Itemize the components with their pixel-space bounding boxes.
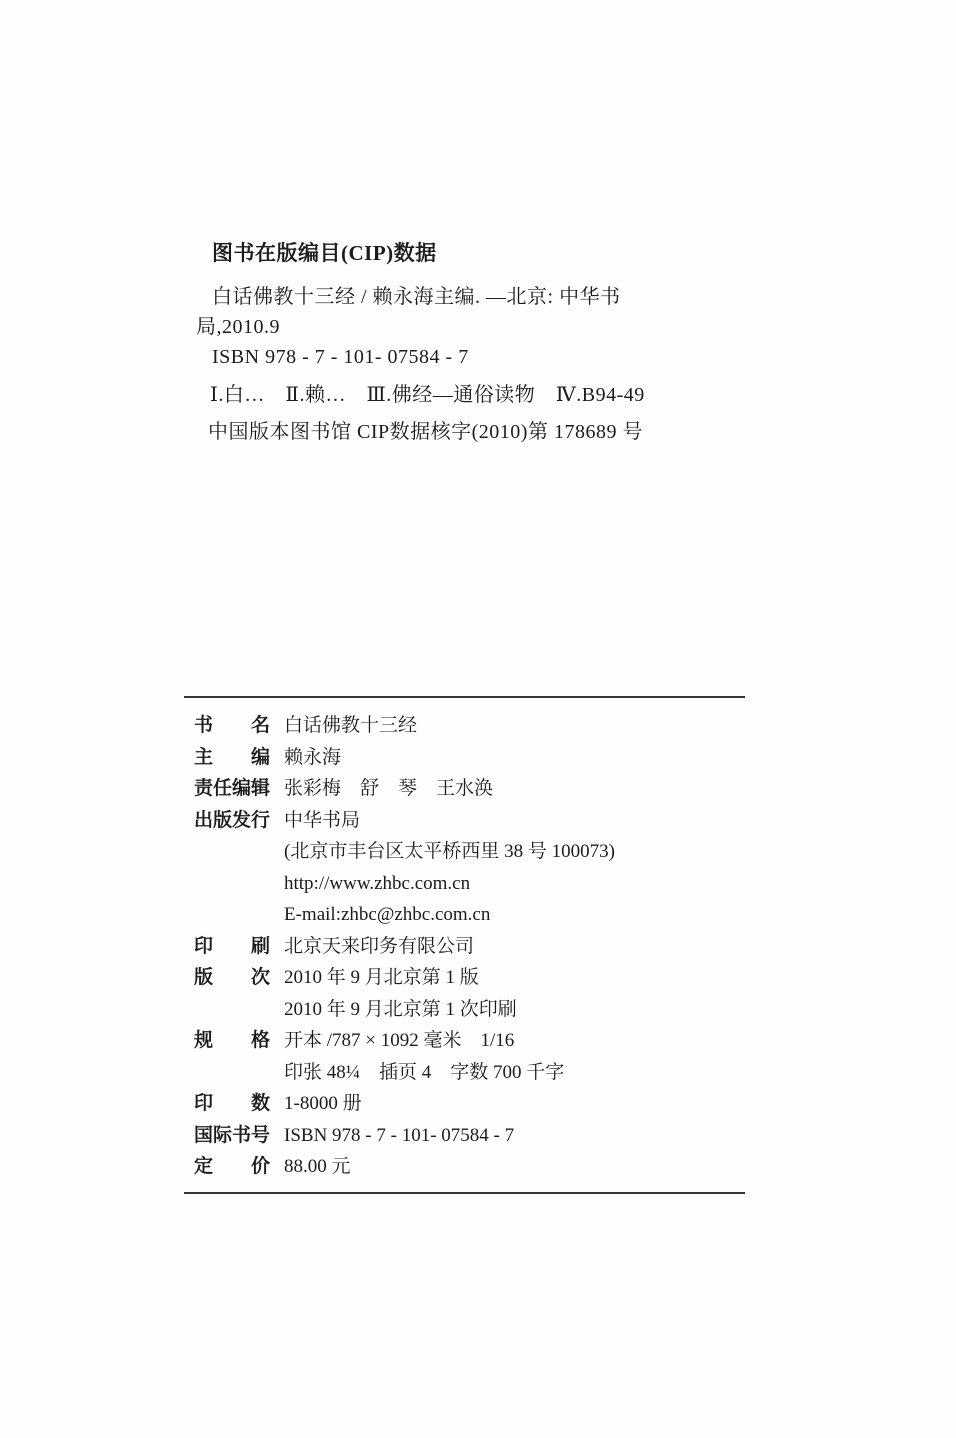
cip-record-number-line: 中国版本图书馆 CIP数据核字(2010)第 178689 号: [196, 417, 761, 447]
row-sheets: 印张 48¼ 插页 4 字数 700 千字: [184, 1057, 745, 1089]
row-book-title-label: 书名: [194, 710, 270, 742]
row-publisher-address: (北京市丰台区太平桥西里 38 号 100073): [184, 836, 745, 868]
row-edition-value: 2010 年 9 月北京第 1 版: [284, 962, 479, 994]
row-printing-label: [194, 994, 270, 1026]
row-price-value: 88.00 元: [284, 1151, 351, 1183]
row-publisher-address-label: [194, 836, 270, 868]
row-publisher-email: E-mail:zhbc@zhbc.com.cn: [184, 899, 745, 931]
row-isbn-value: ISBN 978 - 7 - 101- 07584 - 7: [284, 1120, 514, 1152]
row-chief-editor-label: 主编: [194, 742, 270, 774]
row-publisher-label: 出版发行: [194, 805, 270, 837]
row-isbn: 国际书号 ISBN 978 - 7 - 101- 07584 - 7: [184, 1120, 745, 1152]
cip-entry-line-2: 局,2010.9: [196, 312, 761, 342]
row-price: 定价 88.00 元: [184, 1151, 745, 1183]
row-chief-editor-value: 赖永海: [284, 742, 341, 774]
row-printer: 印刷 北京天来印务有限公司: [184, 931, 745, 963]
row-publisher-url-label: [194, 868, 270, 900]
row-managing-editors-label: 责任编辑: [194, 773, 270, 805]
row-print-run-value: 1-8000 册: [284, 1088, 362, 1120]
row-price-label: 定价: [194, 1151, 270, 1183]
row-publisher-value: 中华书局: [284, 805, 360, 837]
row-publisher-address-value: (北京市丰台区太平桥西里 38 号 100073): [284, 836, 615, 868]
row-edition: 版次 2010 年 9 月北京第 1 版: [184, 962, 745, 994]
cip-data-block: 图书在版编目(CIP)数据 白话佛教十三经 / 赖永海主编. —北京: 中华书 …: [196, 238, 761, 447]
row-printer-value: 北京天来印务有限公司: [284, 931, 474, 963]
row-publisher-email-label: [194, 899, 270, 931]
row-print-run-label: 印数: [194, 1088, 270, 1120]
row-printer-label: 印刷: [194, 931, 270, 963]
cip-heading: 图书在版编目(CIP)数据: [196, 238, 761, 268]
row-managing-editors: 责任编辑 张彩梅 舒 琴 王水涣: [184, 773, 745, 805]
cip-entry-line-1: 白话佛教十三经 / 赖永海主编. —北京: 中华书: [196, 282, 761, 312]
row-managing-editors-value: 张彩梅 舒 琴 王水涣: [284, 773, 493, 805]
row-format-value: 开本 /787 × 1092 毫米 1/16: [284, 1025, 514, 1057]
row-edition-label: 版次: [194, 962, 270, 994]
row-printing-value: 2010 年 9 月北京第 1 次印刷: [284, 994, 517, 1026]
row-sheets-value: 印张 48¼ 插页 4 字数 700 千字: [284, 1057, 564, 1089]
row-publisher-email-value: E-mail:zhbc@zhbc.com.cn: [284, 899, 490, 931]
colophon-table: 书名 白话佛教十三经 主编 赖永海 责任编辑 张彩梅 舒 琴 王水涣 出版发行 …: [184, 696, 745, 1194]
row-format-label: 规格: [194, 1025, 270, 1057]
row-format: 规格 开本 /787 × 1092 毫米 1/16: [184, 1025, 745, 1057]
row-publisher-url-value: http://www.zhbc.com.cn: [284, 868, 470, 900]
book-copyright-page: 图书在版编目(CIP)数据 白话佛教十三经 / 赖永海主编. —北京: 中华书 …: [0, 0, 956, 1438]
row-publisher-url: http://www.zhbc.com.cn: [184, 868, 745, 900]
row-book-title: 书名 白话佛教十三经: [184, 710, 745, 742]
row-isbn-label: 国际书号: [194, 1120, 270, 1152]
row-sheets-label: [194, 1057, 270, 1089]
row-print-run: 印数 1-8000 册: [184, 1088, 745, 1120]
cip-isbn-line: ISBN 978 - 7 - 101- 07584 - 7: [196, 342, 761, 372]
row-publisher: 出版发行 中华书局: [184, 805, 745, 837]
row-chief-editor: 主编 赖永海: [184, 742, 745, 774]
row-printing: 2010 年 9 月北京第 1 次印刷: [184, 994, 745, 1026]
row-book-title-value: 白话佛教十三经: [284, 710, 417, 742]
cip-classification-line: Ⅰ.白… Ⅱ.赖… Ⅲ.佛经—通俗读物 Ⅳ.B94-49: [196, 380, 761, 410]
